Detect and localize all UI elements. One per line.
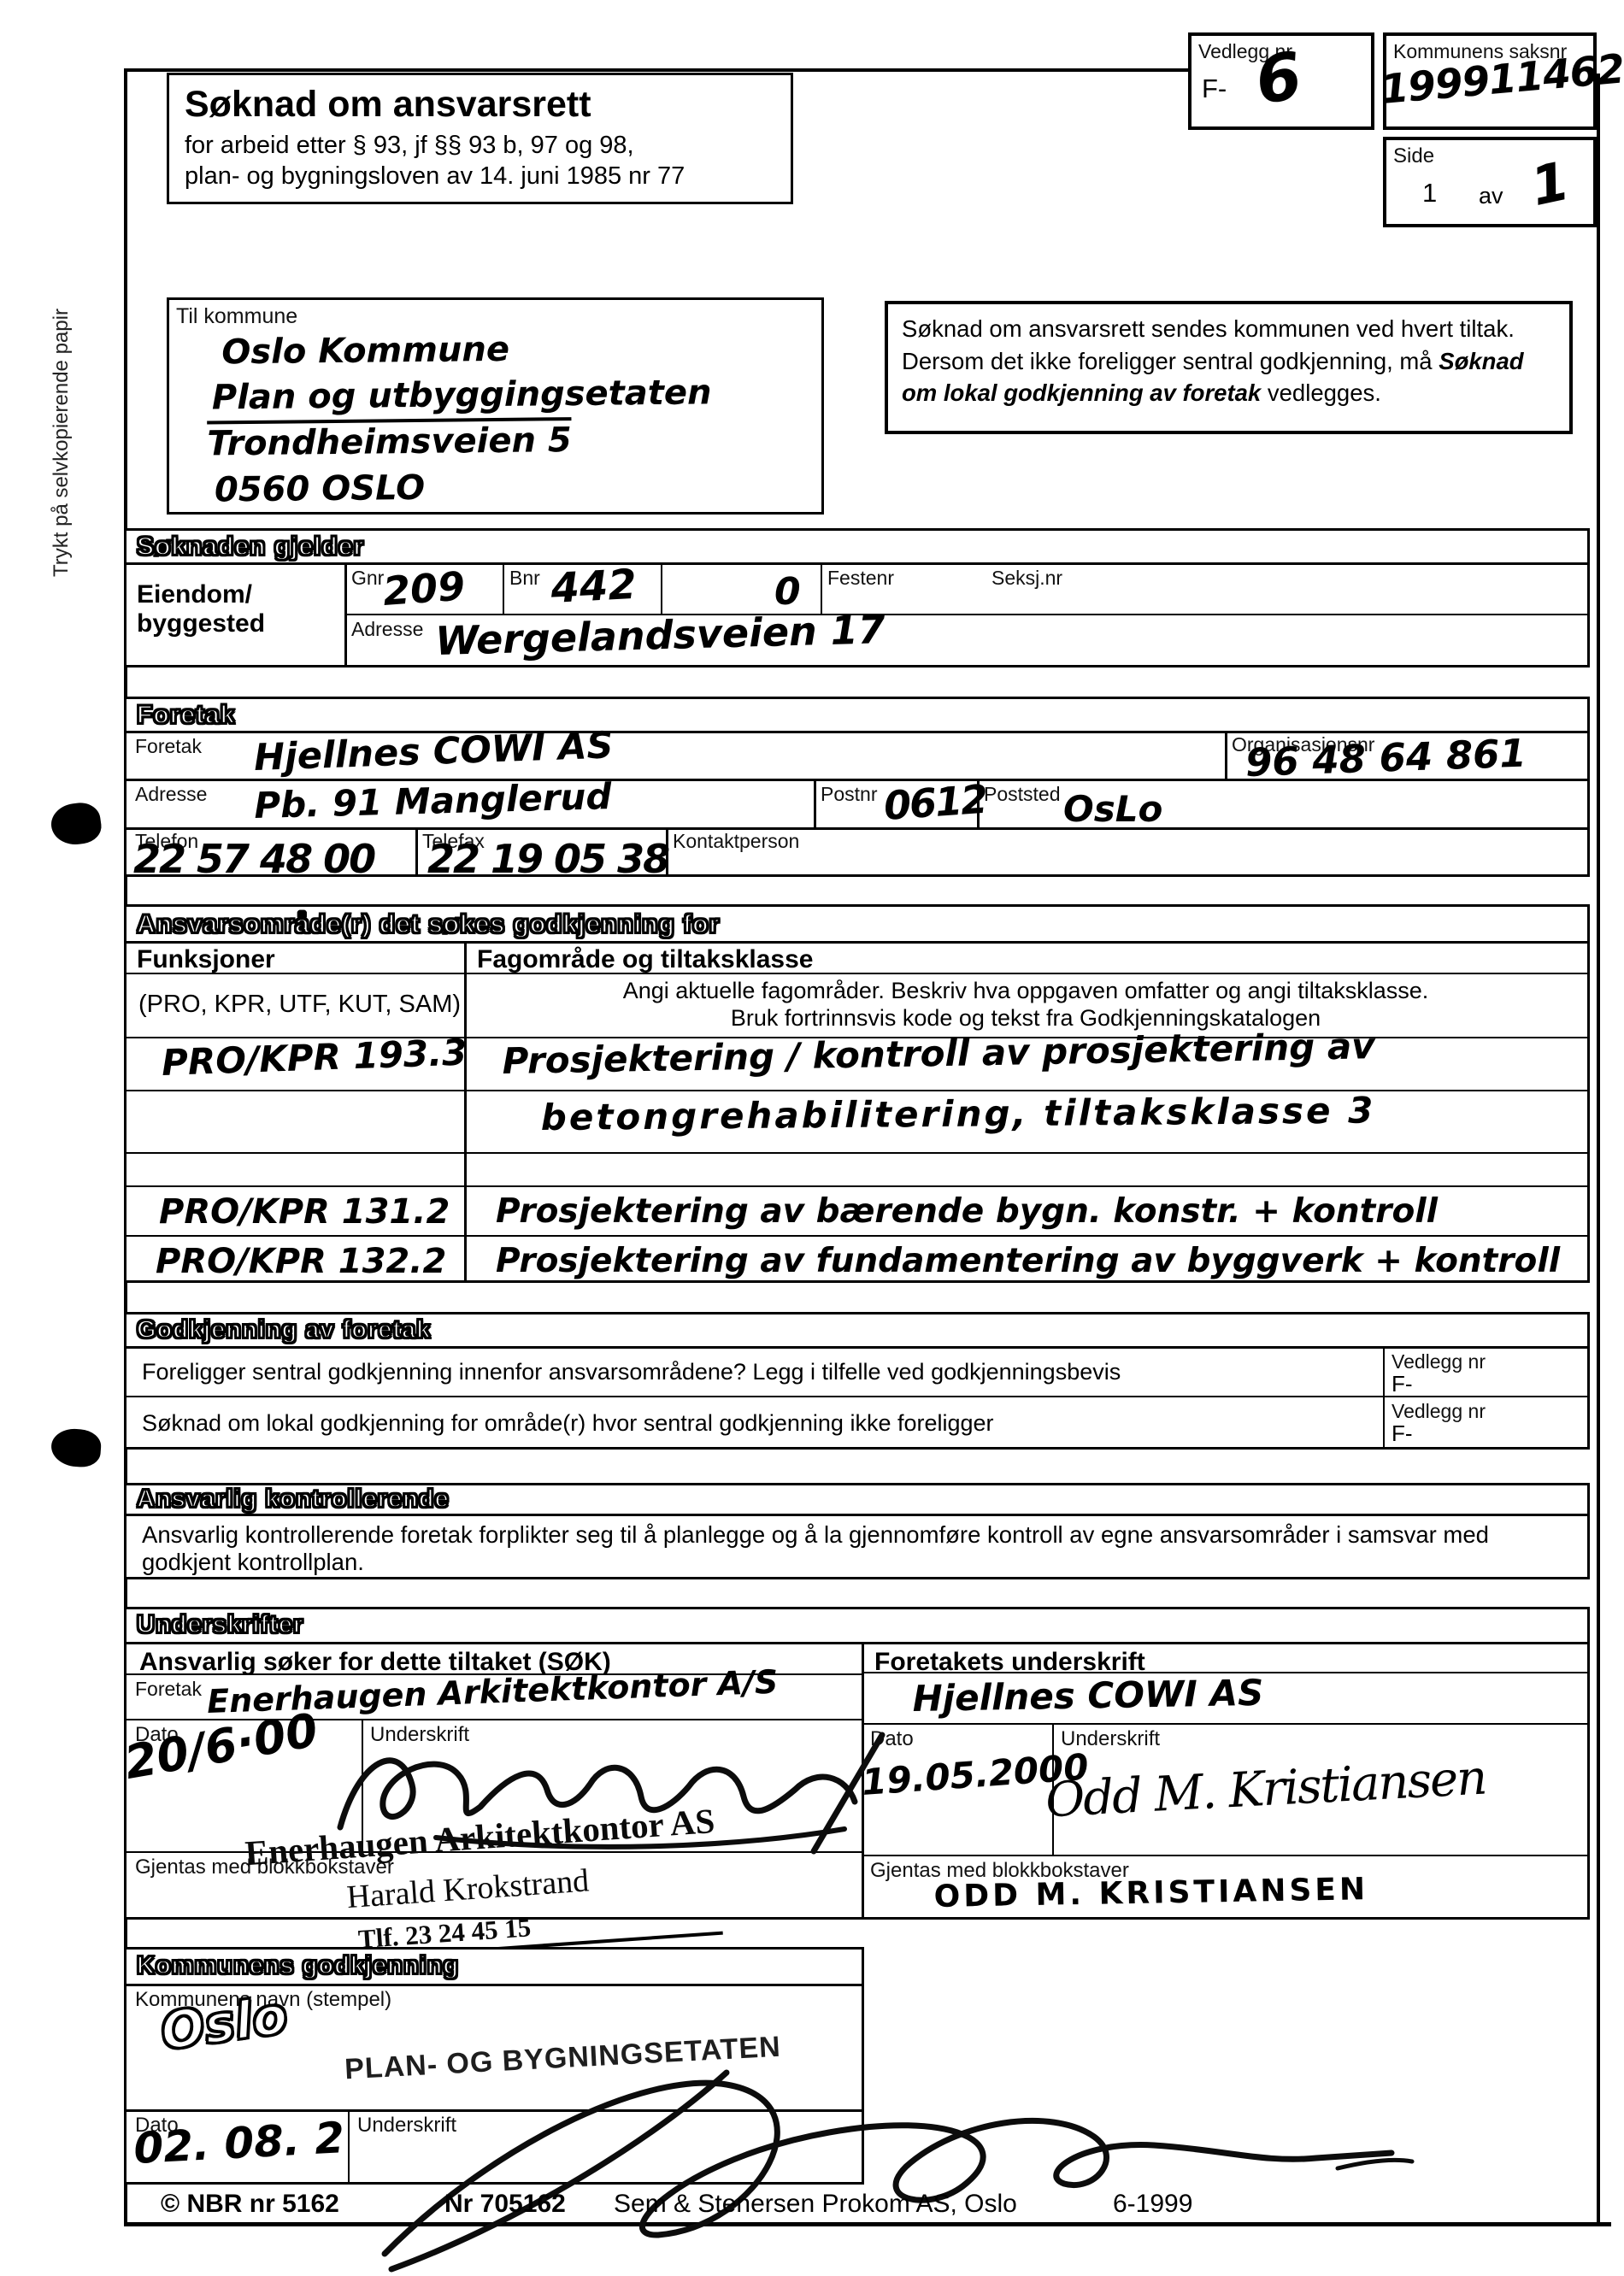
- kontrollerende-text-1: Ansvarlig kontrollerende foretak forplik…: [142, 1521, 1489, 1549]
- punch-hole-top: [49, 800, 103, 848]
- row1-text1-handwritten: Prosjektering / kontroll av prosjekterin…: [502, 1025, 1375, 1082]
- foretak-section: Foretak Foretak Hjellnes COWI AS Organis…: [124, 697, 1590, 877]
- fagomrade-col-header: Fagområde og tiltaksklasse: [477, 945, 814, 974]
- row1-text2-handwritten: betongrehabilitering, tiltaksklasse 3: [541, 1089, 1376, 1138]
- godkjenning-row1-vedlegg-label: Vedlegg nr: [1392, 1350, 1486, 1373]
- margin-note: Trykt på selvkopierende papir: [50, 235, 74, 577]
- orgnr-value-handwritten: 96 48 64 861: [1244, 731, 1527, 785]
- saksnr-box: Kommunens saksnr 199911462: [1383, 32, 1597, 130]
- adresse-label: Adresse: [351, 618, 423, 641]
- ansvarsomrade-section: Ansvarsområde(r) det søkes godkjenning f…: [124, 904, 1590, 1283]
- footer-copyright: © NBR nr 5162: [161, 2190, 339, 2219]
- foretak-header: Foretak: [137, 701, 235, 730]
- side-label: Side: [1393, 144, 1434, 168]
- godkjenning-section: Godkjenning av foretak Foreligger sentra…: [124, 1312, 1590, 1450]
- ansvarsomrade-header: Ansvarsområde(r) det søkes godkjenning f…: [137, 910, 720, 939]
- kontrollerende-section: Ansvarlig kontrollerende Ansvarlig kontr…: [124, 1483, 1590, 1579]
- frame-right: [1597, 74, 1600, 2226]
- festenr-label: Festenr: [827, 567, 894, 590]
- row3-funksjon-handwritten: PRO/KPR 132.2: [156, 1242, 446, 1281]
- funksjoner-hint: (PRO, KPR, UTF, KUT, SAM): [138, 991, 461, 1019]
- telefon-value-handwritten: 22 57 48 00: [133, 836, 374, 882]
- punch-hole-bottom: [50, 1427, 103, 1468]
- til-kommune-line4: 0560 OSLO: [215, 468, 426, 510]
- foretak-name-label: Foretak: [135, 735, 202, 758]
- kommunens-godkjenning-header: Kommunens godkjenning: [137, 1952, 459, 1980]
- bnr-value-handwritten: 442: [550, 561, 638, 613]
- foretakets-navn-handwritten: Hjellnes COWI AS: [912, 1672, 1263, 1720]
- side-page-number: 1: [1422, 178, 1437, 209]
- godkjenning-row1-text: Foreligger sentral godkjenning innenfor …: [142, 1359, 1121, 1385]
- eiendom-label-1: Eiendom/: [137, 580, 252, 609]
- soknaden-gjelder-header: Søknaden gjelder: [137, 532, 364, 562]
- fagomrade-hint-2: Bruk fortrinnsvis kode og tekst fra Godk…: [464, 1005, 1587, 1032]
- funksjoner-col-header: Funksjoner: [137, 945, 275, 974]
- postnr-label: Postnr: [821, 783, 877, 806]
- info-box: Søknad om ansvarsrett sendes kommunen ve…: [885, 301, 1573, 434]
- row3-text-handwritten: Prosjektering av fundamentering av byggv…: [496, 1242, 1560, 1280]
- row1-funksjon-handwritten: PRO/KPR 193.3: [161, 1032, 468, 1084]
- seksjnr-label: Seksj.nr: [991, 567, 1062, 590]
- info-line1: Søknad om ansvarsrett sendes kommunen ve…: [902, 313, 1551, 345]
- kontaktperson-label: Kontaktperson: [673, 830, 799, 853]
- frame-top: [124, 68, 1188, 72]
- godkjenning-row2-text: Søknad om lokal godkjenning for område(r…: [142, 1410, 994, 1437]
- godkjenning-row2-vedlegg-label: Vedlegg nr: [1392, 1400, 1486, 1423]
- side-av-label: av: [1479, 183, 1503, 209]
- row2-text-handwritten: Prosjektering av bærende bygn. konstr. +…: [496, 1192, 1438, 1231]
- godkjenning-row2-vedlegg-value: F-: [1392, 1420, 1413, 1447]
- footer-printer: Sem & Stenersen Prokom AS, Oslo: [614, 2190, 1017, 2219]
- info-line2-end: vedlegges.: [1261, 379, 1381, 406]
- title-box: Søknad om ansvarsrett for arbeid etter §…: [167, 73, 793, 204]
- side-box: Side 1 av 1: [1383, 137, 1597, 227]
- gnr-label: Gnr: [351, 567, 384, 590]
- kommune-signature-scrawl: [282, 2021, 1419, 2273]
- foretak-adresse-label: Adresse: [135, 783, 207, 806]
- scanned-form-page: Trykt på selvkopierende papir Søknad om …: [0, 0, 1624, 2276]
- row2-funksjon-handwritten: PRO/KPR 131.2: [159, 1192, 450, 1232]
- godkjenning-header: Godkjenning av foretak: [137, 1316, 431, 1344]
- fagomrade-hint-1: Angi aktuelle fagområder. Beskriv hva op…: [464, 978, 1587, 1004]
- festenr-value-handwritten: 0: [774, 570, 801, 614]
- form-subtitle-1: for arbeid etter § 93, jf §§ 93 b, 97 og…: [185, 132, 634, 160]
- bnr-label: Bnr: [509, 567, 540, 590]
- underskrifter-header: Underskrifter: [137, 1611, 303, 1639]
- footer-print-number: Nr 705162: [444, 2190, 566, 2219]
- foretak-adresse-handwritten: Pb. 91 Manglerud: [254, 775, 612, 826]
- sok-foretak-label: Foretak: [135, 1678, 202, 1701]
- poststed-value-handwritten: OsLo: [1063, 788, 1162, 830]
- vedlegg-value-handwritten: 6: [1251, 38, 1307, 119]
- postnr-value-handwritten: 0612: [882, 776, 988, 829]
- soknaden-gjelder-section: Søknaden gjelder Eiendom/ byggested Gnr …: [124, 528, 1590, 668]
- footer-edition: 6-1999: [1113, 2190, 1192, 2219]
- eiendom-label-2: byggested: [137, 609, 265, 638]
- til-kommune-line3: Trondheimsveien 5: [207, 421, 572, 463]
- til-kommune-line2: Plan og utbyggingsetaten: [212, 373, 712, 417]
- til-kommune-line1: Oslo Kommune: [221, 330, 509, 373]
- foretakets-blokk-handwritten: ODD M. KRISTIANSEN: [933, 1872, 1368, 1914]
- gnr-value-handwritten: 209: [381, 562, 467, 615]
- form-title: Søknad om ansvarsrett: [185, 84, 591, 126]
- kontrollerende-header: Ansvarlig kontrollerende: [137, 1485, 450, 1514]
- vedlegg-box: Vedlegg nr F- 6: [1188, 32, 1374, 130]
- form-subtitle-2: plan- og bygningsloven av 14. juni 1985 …: [185, 162, 685, 191]
- til-kommune-box: Til kommune Oslo Kommune Plan og utbyggi…: [167, 297, 824, 515]
- side-total-handwritten: 1: [1526, 150, 1574, 218]
- poststed-label: Poststed: [984, 783, 1061, 806]
- info-line2-normal: Dersom det ikke foreligger sentral godkj…: [902, 348, 1439, 374]
- foretakets-signature-handwritten: Odd M. Kristiansen: [1044, 1750, 1487, 1829]
- vedlegg-prefix: F-: [1202, 74, 1227, 104]
- kontrollerende-text-2: godkjent kontrollplan.: [142, 1549, 364, 1576]
- godkjenning-row1-vedlegg-value: F-: [1392, 1371, 1413, 1397]
- telefax-value-handwritten: 22 19 05 38: [427, 836, 668, 882]
